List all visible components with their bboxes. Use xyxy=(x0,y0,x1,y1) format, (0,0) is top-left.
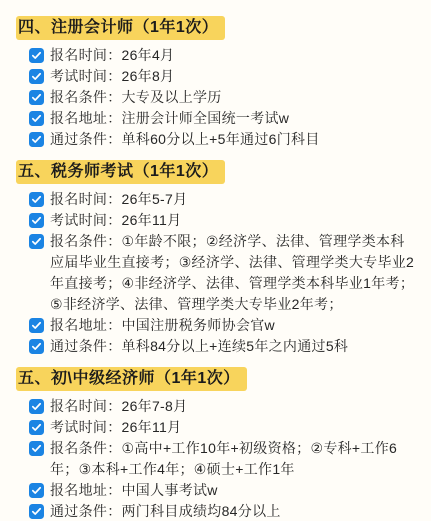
info-row: 考试时间：26年11月 xyxy=(29,210,417,231)
checkbox-checked-icon[interactable] xyxy=(29,339,44,354)
row-label: 报名时间： xyxy=(50,191,122,207)
info-row: 报名时间：26年5-7月 xyxy=(29,189,417,210)
section-rows: 报名时间：26年5-7月 考试时间：26年11月 报名条件：①年龄不限；②经济学… xyxy=(16,189,417,357)
row-label: 考试时间： xyxy=(50,419,122,435)
row-label: 通过条件： xyxy=(50,338,122,354)
checkbox-checked-icon[interactable] xyxy=(29,420,44,435)
row-label: 考试时间： xyxy=(50,212,122,228)
info-row: 报名时间：26年4月 xyxy=(29,45,417,66)
checkbox-checked-icon[interactable] xyxy=(29,318,44,333)
checkbox-checked-icon[interactable] xyxy=(29,192,44,207)
checkbox-checked-icon[interactable] xyxy=(29,48,44,63)
info-row: 报名条件：①高中+工作10年+初级资格；②专科+工作6年；③本科+工作4年；④硕… xyxy=(29,438,417,480)
row-value: 单科60分以上+5年通过6门科目 xyxy=(122,131,320,147)
section-rows: 报名时间：26年4月 考试时间：26年8月 报名条件：大专及以上学历 报名地址：… xyxy=(16,45,417,150)
row-label: 报名地址： xyxy=(50,482,122,498)
checkbox-checked-icon[interactable] xyxy=(29,234,44,249)
checkbox-checked-icon[interactable] xyxy=(29,441,44,456)
checkbox-checked-icon[interactable] xyxy=(29,90,44,105)
section-header: 五、初\中级经济师（1年1次） xyxy=(16,367,417,391)
row-value: 大专及以上学历 xyxy=(122,89,222,105)
section-rows: 报名时间：26年7-8月 考试时间：26年11月 报名条件：①高中+工作10年+… xyxy=(16,396,417,521)
info-row: 考试时间：26年8月 xyxy=(29,66,417,87)
section-header: 四、注册会计师（1年1次） xyxy=(16,16,417,40)
info-row: 通过条件：单科84分以上+连续5年之内通过5科 xyxy=(29,336,417,357)
row-value: 26年4月 xyxy=(122,47,175,63)
info-row: 通过条件：单科60分以上+5年通过6门科目 xyxy=(29,129,417,150)
info-row: 考试时间：26年11月 xyxy=(29,417,417,438)
section-cpa: 四、注册会计师（1年1次） 报名时间：26年4月 考试时间：26年8月 报名条件… xyxy=(16,16,417,150)
checkbox-checked-icon[interactable] xyxy=(29,399,44,414)
checkbox-checked-icon[interactable] xyxy=(29,504,44,519)
row-value: 注册会计师全国统一考试w xyxy=(122,110,290,126)
checkbox-checked-icon[interactable] xyxy=(29,213,44,228)
row-value: 26年11月 xyxy=(122,419,182,435)
row-label: 报名条件： xyxy=(50,233,122,249)
row-label: 报名条件： xyxy=(50,440,122,456)
info-row: 报名时间：26年7-8月 xyxy=(29,396,417,417)
row-label: 报名地址： xyxy=(50,110,122,126)
section-economist: 五、初\中级经济师（1年1次） 报名时间：26年7-8月 考试时间：26年11月… xyxy=(16,367,417,521)
row-value: 中国人事考试w xyxy=(122,482,218,498)
row-label: 报名条件： xyxy=(50,89,122,105)
checkbox-checked-icon[interactable] xyxy=(29,111,44,126)
info-row: 通过条件：两门科目成绩均84分以上 xyxy=(29,501,417,521)
row-label: 通过条件： xyxy=(50,131,122,147)
row-value: 26年5-7月 xyxy=(122,191,188,207)
row-value: 26年8月 xyxy=(122,68,175,84)
row-value: 两门科目成绩均84分以上 xyxy=(122,503,281,519)
section-header: 五、税务师考试（1年1次） xyxy=(16,160,417,184)
section-title: 五、初\中级经济师（1年1次） xyxy=(16,367,247,391)
info-row: 报名地址：注册会计师全国统一考试w xyxy=(29,108,417,129)
row-label: 报名时间： xyxy=(50,398,122,414)
info-row: 报名条件：大专及以上学历 xyxy=(29,87,417,108)
row-label: 考试时间： xyxy=(50,68,122,84)
checkbox-checked-icon[interactable] xyxy=(29,69,44,84)
section-title: 四、注册会计师（1年1次） xyxy=(16,16,225,40)
row-value: 中国注册税务师协会官w xyxy=(122,317,275,333)
section-title: 五、税务师考试（1年1次） xyxy=(16,160,225,184)
section-tax-agent: 五、税务师考试（1年1次） 报名时间：26年5-7月 考试时间：26年11月 报… xyxy=(16,160,417,357)
row-label: 报名时间： xyxy=(50,47,122,63)
exam-notes-page: 四、注册会计师（1年1次） 报名时间：26年4月 考试时间：26年8月 报名条件… xyxy=(0,0,431,521)
row-label: 通过条件： xyxy=(50,503,122,519)
row-label: 报名地址： xyxy=(50,317,122,333)
info-row: 报名地址：中国注册税务师协会官w xyxy=(29,315,417,336)
row-value: 单科84分以上+连续5年之内通过5科 xyxy=(122,338,349,354)
checkbox-checked-icon[interactable] xyxy=(29,483,44,498)
row-value: 26年11月 xyxy=(122,212,182,228)
checkbox-checked-icon[interactable] xyxy=(29,132,44,147)
row-value: 26年7-8月 xyxy=(122,398,188,414)
info-row: 报名条件：①年龄不限；②经济学、法律、管理学类本科应届毕业生直接考；③经济学、法… xyxy=(29,231,417,315)
info-row: 报名地址：中国人事考试w xyxy=(29,480,417,501)
